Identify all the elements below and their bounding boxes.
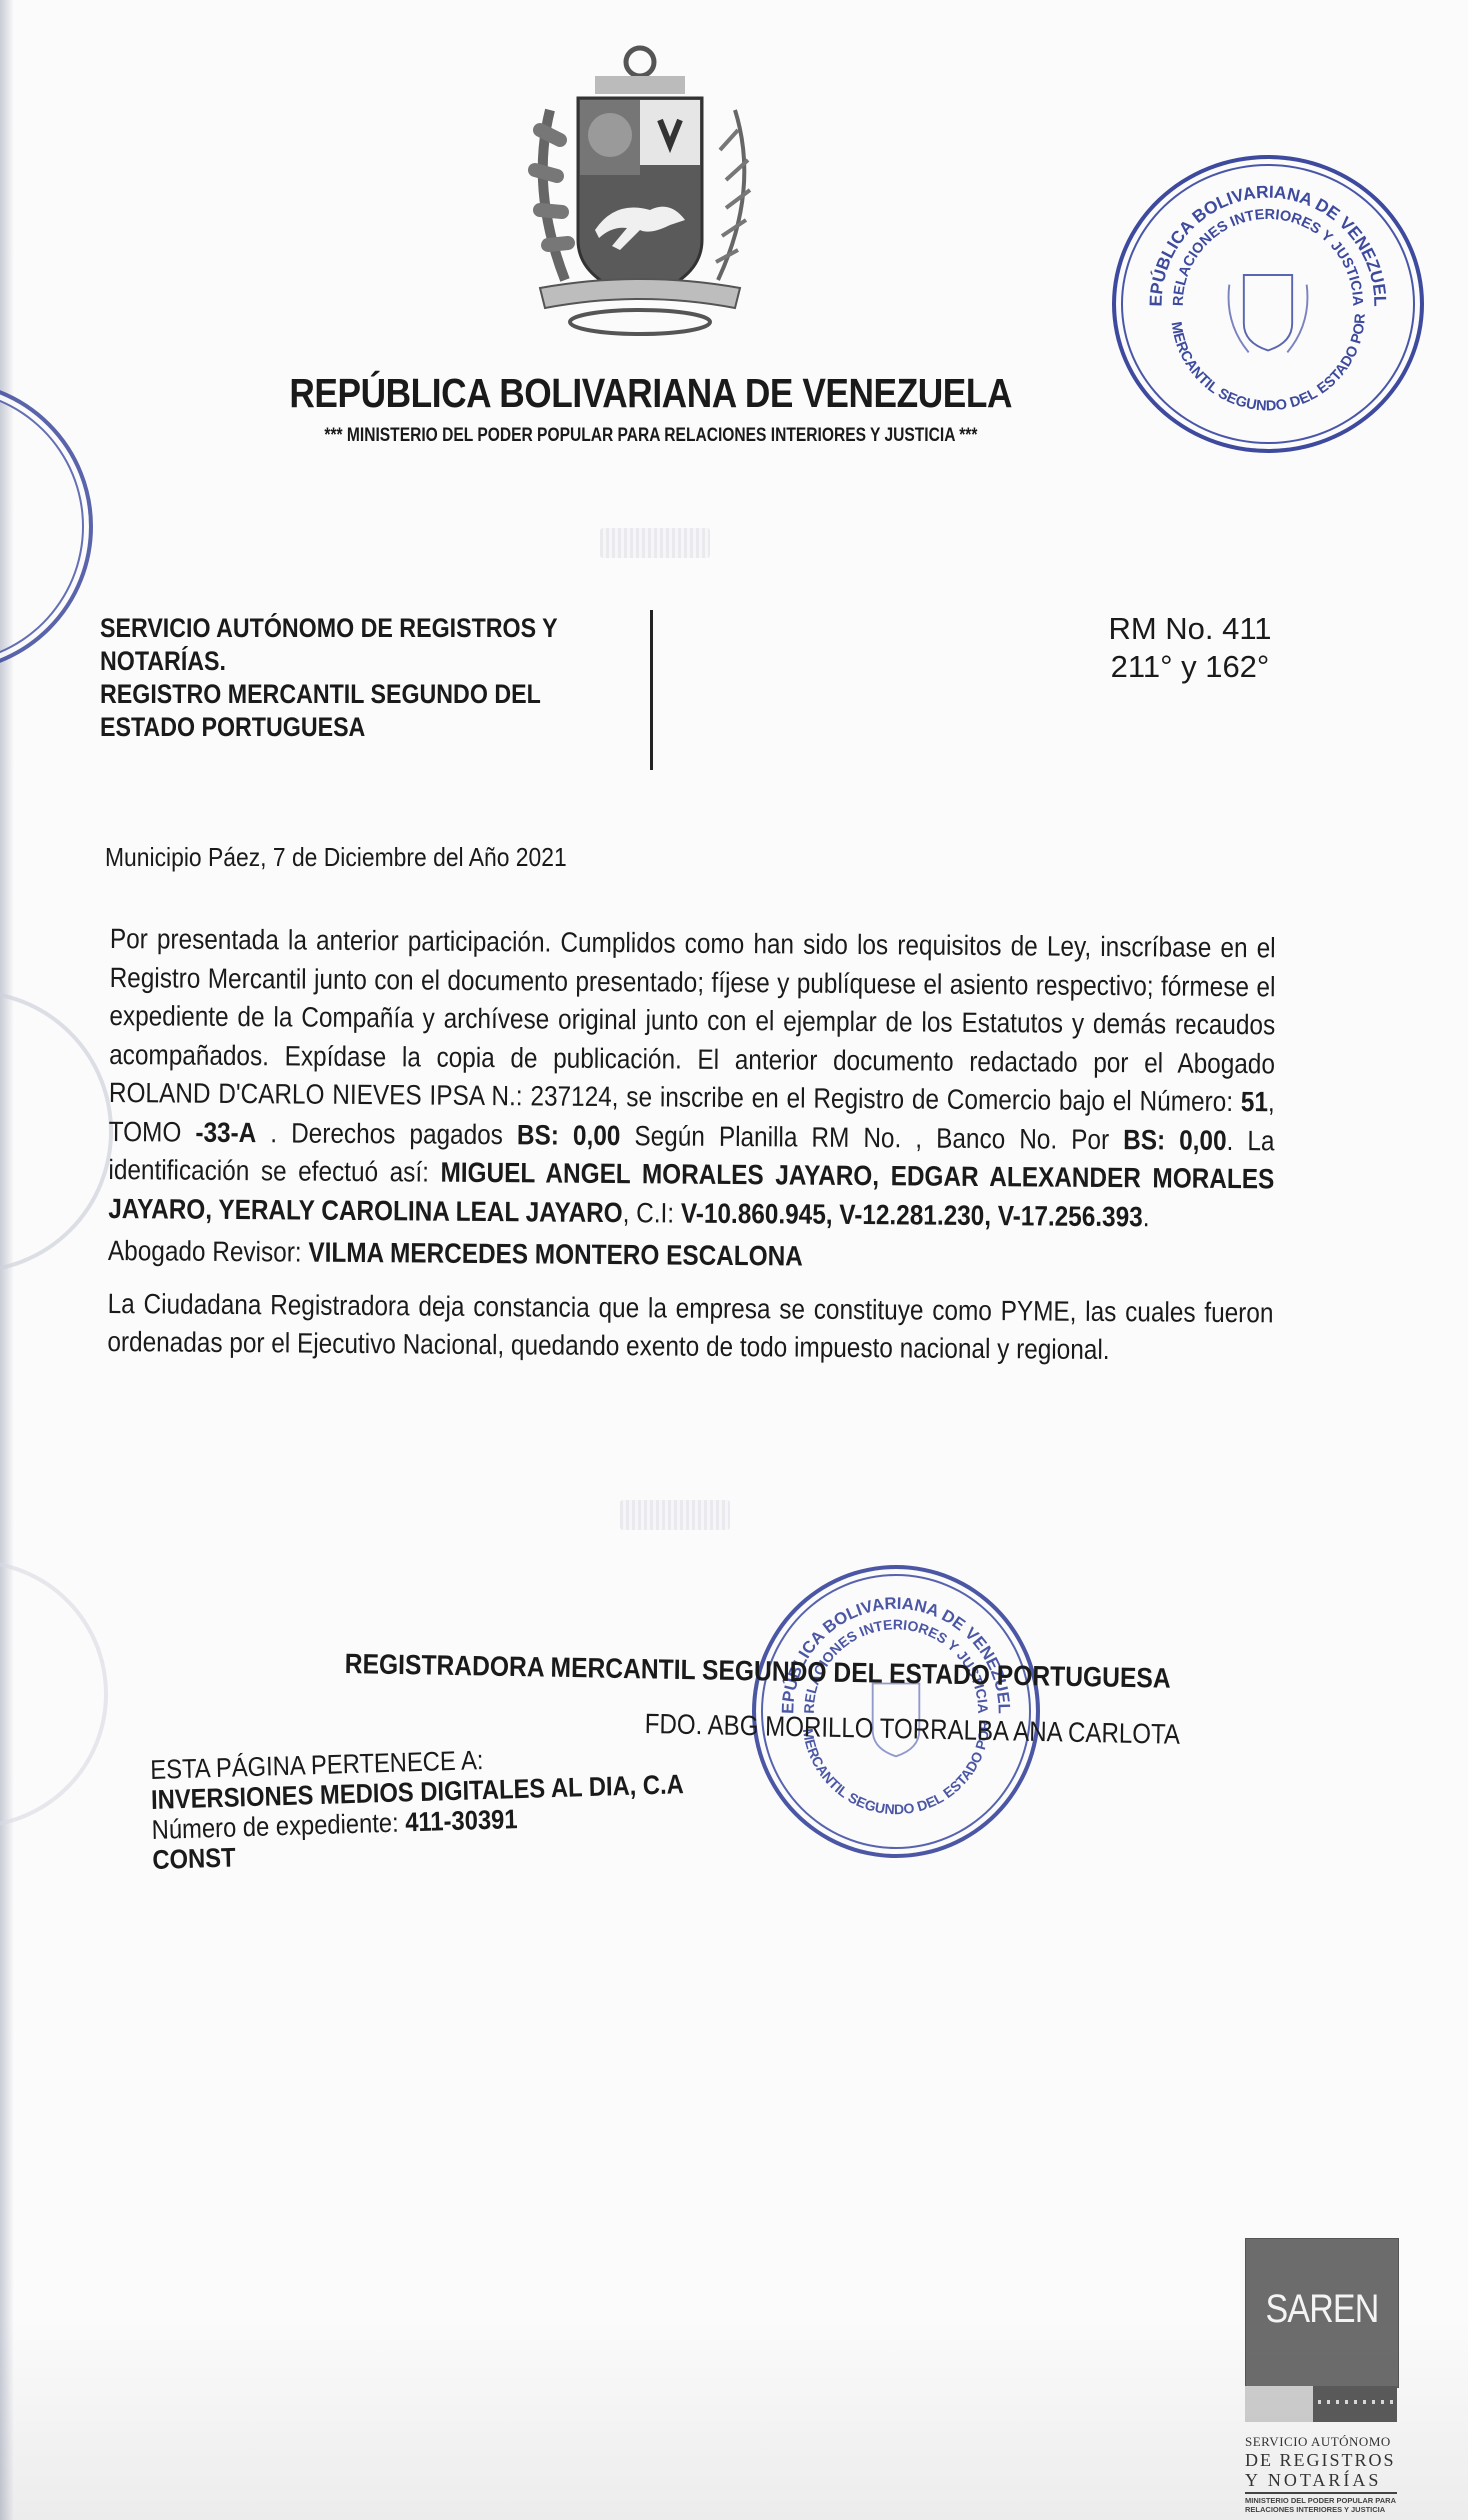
registration-body: Por presentada la anterior participación… <box>107 920 1275 1371</box>
office-name-block: SERVICIO AUTÓNOMO DE REGISTROS Y NOTARÍA… <box>100 612 582 744</box>
years-reference: 211° y 162° <box>1080 648 1300 686</box>
registry-reference: RM No. 411 211° y 162° <box>1080 610 1300 686</box>
rm-number: RM No. 411 <box>1080 610 1300 648</box>
document-title: REPÚBLICA BOLIVARIANA DE VENEZUELA <box>92 370 1210 417</box>
office-line: NOTARÍAS. <box>100 645 582 678</box>
security-watermark <box>600 528 710 558</box>
registrar-signature: FDO. ABG MORILLO TORRALBA ANA CARLOTA <box>645 1708 1181 1751</box>
registration-paragraph: Por presentada la anterior participación… <box>108 920 1276 1237</box>
faded-seal-stamp <box>0 1560 108 1828</box>
reviewing-lawyer: Abogado Revisor: VILMA MERCEDES MONTERO … <box>108 1232 1274 1280</box>
faded-seal-stamp <box>0 990 113 1273</box>
official-seal-stamp: REPÚBLICA BOLIVARIANA DE VENEZUELA RELAC… <box>1112 155 1424 453</box>
page-ownership-block: ESTA PÁGINA PERTENECE A: INVERSIONES MED… <box>150 1739 685 1875</box>
scan-shadow <box>0 2320 1468 2520</box>
office-line: ESTADO PORTUGUESA <box>100 711 582 744</box>
pyme-paragraph: La Ciudadana Registradora deja constanci… <box>107 1284 1273 1370</box>
office-line: REGISTRO MERCANTIL SEGUNDO DEL <box>100 678 582 711</box>
security-watermark <box>620 1500 730 1530</box>
id-numbers: V-10.860.945, V-12.281.230, V-17.256.393 <box>681 1197 1143 1232</box>
office-line: SERVICIO AUTÓNOMO DE REGISTROS Y <box>100 612 582 645</box>
place-and-date: Municipio Páez, 7 de Diciembre del Año 2… <box>105 842 567 873</box>
partial-seal-stamp <box>0 380 93 673</box>
document-subtitle: *** MINISTERIO DEL PODER POPULAR PARA RE… <box>118 425 1184 447</box>
header-divider <box>650 610 653 770</box>
venezuela-coat-of-arms-icon <box>510 40 770 340</box>
